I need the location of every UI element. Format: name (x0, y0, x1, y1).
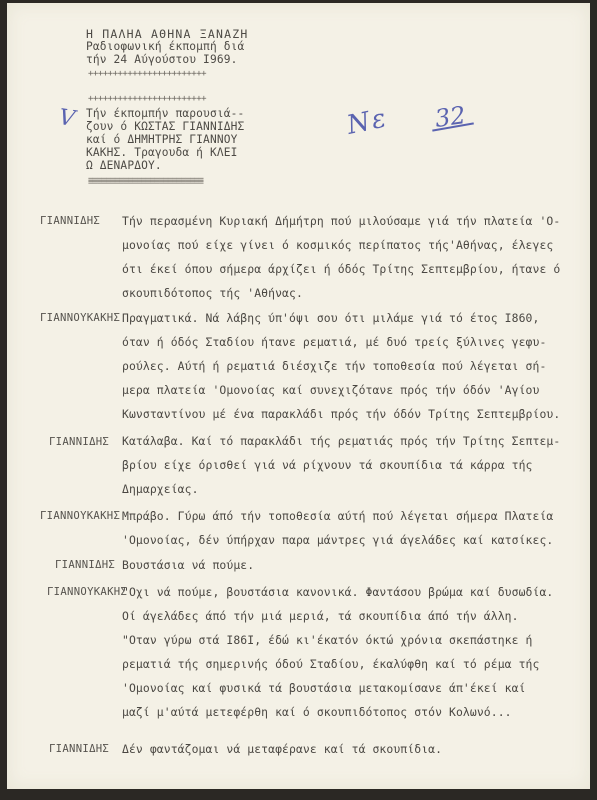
header-rule-top: ++++++++++++++++++++++++ (88, 69, 206, 79)
speaker-label: ΓΙΑΝΝΙΔΗΣ (49, 436, 109, 448)
handwritten-check-mark: V (57, 105, 76, 132)
presenters-line-3: καί ό ΔΗΜΗΤΡΗΣ ΓΙΑΝΝΟΥ (86, 133, 237, 146)
dialogue-line: Κατάλαβα. Καί τό παρακλάδι τής ρεματιάς … (122, 434, 560, 448)
dialogue-line: Δημαρχείας. (122, 482, 199, 496)
document-title: Η ΠΑΛΗΑ ΑΘΗΝΑ ΞΑΝΑΖΗ (86, 27, 248, 41)
speaker-label: ΓΙΑΝΝΟΥΚΑΚΗΣ (47, 586, 127, 598)
dialogue-line: Βουστάσια νά πούμε. (122, 558, 254, 572)
header-rule-middle: ++++++++++++++++++++++++ (88, 94, 206, 104)
dialogue-line: βρίου είχε όρισθεί γιά νά ρίχνουν τά σκο… (122, 458, 533, 472)
dialogue-line: μερα πλατεία 'Ομονοίας καί συνεχιζότανε … (122, 383, 539, 397)
dialogue-line: Πραγματικά. Νά λάβης ύπ'όψι σου ότι μιλά… (122, 311, 539, 325)
dialogue-line: Δέν φαντάζομαι νά μεταφέρανε καί τά σκου… (122, 742, 442, 756)
dialogue-line: ρούλες. Αύτή ή ρεματιά διέσχιζε τήν τοπο… (122, 359, 546, 373)
presenters-line-2: ζουν ό ΚΩΣΤΑΣ ΓΙΑΝΝΙΔΗΣ (86, 120, 244, 133)
presenters-line-5: Ω ΔΕΝΑΡΔΟΥ. (86, 159, 162, 172)
dialogue-line: μαζί μ'αύτά μετεφέρθη καί ό σκουπιδότοπο… (122, 705, 512, 719)
dialogue-line: Κωνσταντίνου μέ ένα παρακλάδι πρός τήν ό… (122, 407, 560, 421)
speaker-label: ΓΙΑΝΝΙΔΗΣ (40, 215, 100, 227)
dialogue-line: Οί άγελάδες άπό τήν μιά μεριά, τά σκουπί… (122, 609, 519, 623)
dialogue-line: "Οχι νά πούμε, βουστάσια κανονικά. Φαντά… (122, 585, 553, 599)
dialogue-line: ρεματιά τής σημερινής όδού Σταδίου, έκαλ… (122, 657, 539, 671)
typewritten-page: Η ΠΑΛΗΑ ΑΘΗΝΑ ΞΑΝΑΖΗ Ραδιοφωνική έκπομπή… (7, 3, 590, 789)
dialogue-line: όταν ή όδός Σταδίου ήτανε ρεματιά, μέ δυ… (122, 335, 546, 349)
header-rule-bottom-double: ========================== (88, 178, 203, 188)
speaker-label: ΓΙΑΝΝΟΥΚΑΚΗΣ (40, 510, 120, 522)
dialogue-line: 'Ομονοίας, δέν ύπήρχαν παρα μάντρες γιά … (122, 533, 553, 547)
dialogue-line: Μπράβο. Γύρω άπό τήν τοποθεσία αύτή πού … (122, 509, 553, 523)
presenters-line-1: Τήν έκπομπήν παρουσιά-- (86, 107, 244, 120)
dialogue-line: σκουπιδότοπος τής 'Αθήνας. (122, 286, 303, 300)
dialogue-line: "Οταν γύρω στά Ι86Ι, έδώ κι'έκατόν όκτώ … (122, 633, 533, 647)
dialogue-line: ότι έκεί όπου σήμερα άρχίζει ή όδός Τρίτ… (122, 262, 560, 276)
speaker-label: ΓΙΑΝΝΙΔΗΣ (49, 743, 109, 755)
dialogue-line: 'Ομονοίας καί φυσικά τά βουστάσια μετακο… (122, 681, 526, 695)
speaker-label: ΓΙΑΝΝΙΔΗΣ (55, 559, 115, 571)
handwritten-number-label: Nε (344, 103, 390, 141)
speaker-label: ΓΙΑΝΝΟΥΚΑΚΗΣ (40, 312, 120, 324)
presenters-line-4: ΚΑΚΗΣ. Τραγουδα ή ΚΛΕΙ (86, 146, 237, 159)
dialogue-line: Τήν περασμένη Κυριακή Δήμήτρη πού μιλούσ… (122, 214, 560, 228)
dialogue-line: μονοίας πού είχε γίνει ό κοσμικός περίπα… (122, 238, 553, 252)
document-subtitle-line1: Ραδιοφωνική έκπομπή διά (86, 40, 244, 53)
document-subtitle-line2: τήν 24 Αύγούστου Ι969. (86, 53, 237, 66)
